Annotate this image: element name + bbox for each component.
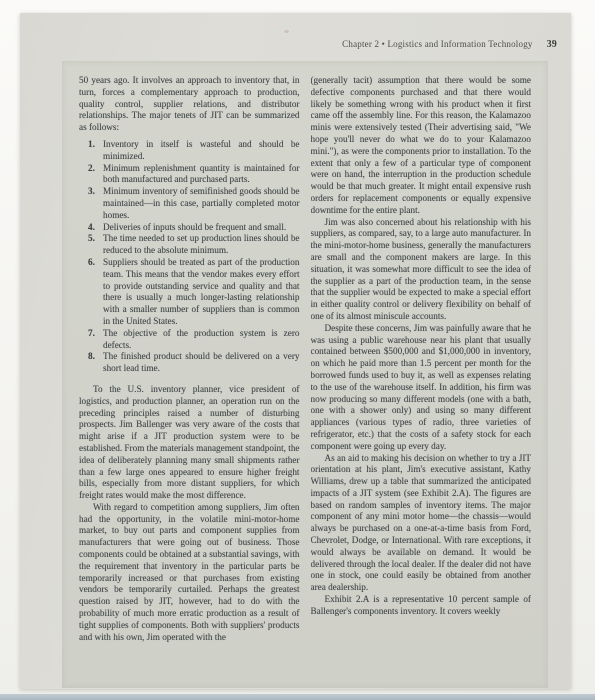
list-item-number: 4. xyxy=(88,222,103,234)
page-number: 39 xyxy=(547,39,557,50)
list-item: 7.The objective of the production system… xyxy=(88,328,300,352)
list-item-text: The objective of the production system i… xyxy=(103,328,300,350)
left-column: 50 years ago. It involves an approach to… xyxy=(79,75,300,675)
paragraph: Exhibit 2.A is a representative 10 perce… xyxy=(311,594,532,618)
list-item: 6.Suppliers should be treated as part of… xyxy=(88,257,300,328)
photo-speck xyxy=(284,30,289,33)
list-item-number: 3. xyxy=(88,186,103,198)
paragraph: Despite these concerns, Jim was painfull… xyxy=(311,323,532,453)
running-header: Chapter 2 • Logistics and Information Te… xyxy=(342,39,557,50)
chapter-title: Chapter 2 • Logistics and Information Te… xyxy=(342,39,532,49)
text-block-panel: 50 years ago. It involves an approach to… xyxy=(62,61,548,688)
list-item-number: 5. xyxy=(88,233,103,245)
list-item: 2.Minimum replenishment quantity is main… xyxy=(88,163,300,187)
list-item: 1.Inventory in itself is wasteful and sh… xyxy=(88,139,300,163)
photo-bottom-edge xyxy=(0,694,595,700)
list-item-text: Minimum inventory of semifinished goods … xyxy=(103,186,300,220)
right-column: (generally tacit) assumption that there … xyxy=(311,75,532,675)
list-item-number: 1. xyxy=(88,139,103,151)
list-item-number: 7. xyxy=(88,328,103,340)
paragraph: With regard to competition among supplie… xyxy=(79,502,300,644)
list-item-text: The time needed to set up production lin… xyxy=(103,233,300,255)
list-item-text: Inventory in itself is wasteful and shou… xyxy=(103,139,300,161)
list-item-number: 6. xyxy=(88,257,103,269)
jit-tenets-list: 1.Inventory in itself is wasteful and sh… xyxy=(88,139,300,375)
list-item-number: 8. xyxy=(88,351,103,363)
paragraph: As an aid to making his decision on whet… xyxy=(311,453,532,595)
paragraph: (generally tacit) assumption that there … xyxy=(311,75,532,217)
list-item-text: Deliveries of inputs should be frequent … xyxy=(103,222,286,232)
scanned-page: Chapter 2 • Logistics and Information Te… xyxy=(20,13,571,689)
list-item: 4.Deliveries of inputs should be frequen… xyxy=(88,222,300,234)
list-item: 5.The time needed to set up production l… xyxy=(88,233,300,257)
paragraph: Jim was also concerned about his relatio… xyxy=(311,217,532,323)
list-item: 3.Minimum inventory of semifinished good… xyxy=(88,186,300,221)
list-item: 8.The finished product should be deliver… xyxy=(88,351,300,375)
list-item-text: The finished product should be delivered… xyxy=(103,351,300,373)
book-page-photo: Chapter 2 • Logistics and Information Te… xyxy=(0,0,595,700)
paragraph: 50 years ago. It involves an approach to… xyxy=(79,75,300,134)
list-item-number: 2. xyxy=(88,163,103,175)
list-item-text: Minimum replenishment quantity is mainta… xyxy=(103,163,300,185)
two-column-text: 50 years ago. It involves an approach to… xyxy=(62,61,548,688)
list-item-text: Suppliers should be treated as part of t… xyxy=(103,257,300,326)
paragraph: To the U.S. inventory planner, vice pres… xyxy=(79,384,300,502)
